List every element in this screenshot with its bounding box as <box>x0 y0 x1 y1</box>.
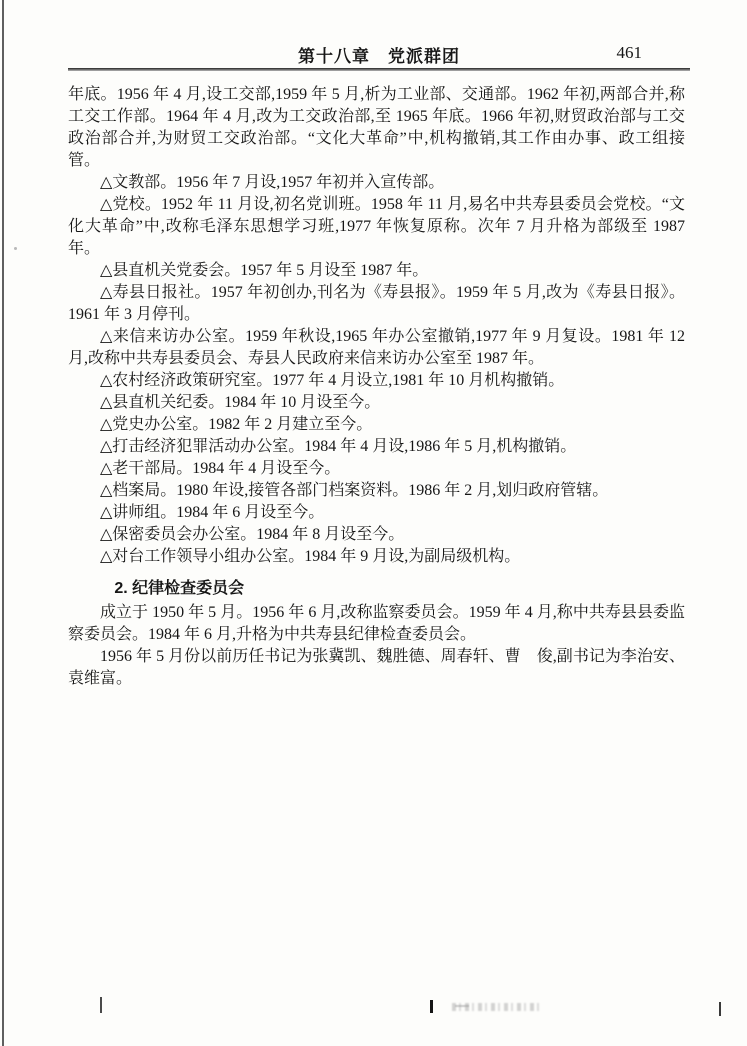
bullet-item: △寿县日报社。1957 年初创办,刊名为《寿县报》。1959 年 5 月,改为《… <box>68 282 685 326</box>
scan-smudge-artifact <box>455 1005 469 1007</box>
header-rule <box>68 68 690 71</box>
page-body-text: 年底。1956 年 4 月,设工交部,1959 年 5 月,析为工业部、交通部。… <box>68 84 685 690</box>
bullet-item: △党校。1952 年 11 月设,初名党训班。1958 年 11 月,易名中共寿… <box>68 194 685 260</box>
section-paragraph: 成立于 1950 年 5 月。1956 年 6 月,改称监察委员会。1959 年… <box>68 602 685 646</box>
bullet-item: △县直机关党委会。1957 年 5 月设至 1987 年。 <box>68 260 685 282</box>
scan-speck-artifact <box>14 247 17 250</box>
scan-edge-artifact <box>2 0 4 1046</box>
section-paragraph: 1956 年 5 月份以前历任书记为张冀凯、魏胜德、周春轩、曹 俊,副书记为李治… <box>68 646 685 690</box>
bullet-item: △对台工作领导小组办公室。1984 年 9 月设,为副局级机构。 <box>68 546 685 568</box>
bullet-item: △讲师组。1984 年 6 月设至今。 <box>68 502 685 524</box>
bullet-item: △来信来访办公室。1959 年秋设,1965 年办公室撤销,1977 年 9 月… <box>68 326 685 370</box>
bullet-item: △保密委员会办公室。1984 年 8 月设至今。 <box>68 524 685 546</box>
bullet-item: △县直机关纪委。1984 年 10 月设至今。 <box>68 392 685 414</box>
section-heading: 2. 纪律检查委员会 <box>68 578 685 600</box>
page-number: 461 <box>617 43 643 63</box>
bullet-item: △老干部局。1984 年 4 月设至今。 <box>68 458 685 480</box>
scan-tick-artifact <box>430 1000 433 1013</box>
bullet-item: △党史办公室。1982 年 2 月建立至今。 <box>68 414 685 436</box>
scan-tick-artifact <box>719 1002 721 1016</box>
scanned-document-page: 第十八章 党派群团 461 年底。1956 年 4 月,设工交部,1959 年 … <box>0 0 747 1046</box>
page-header: 第十八章 党派群团 461 <box>68 42 690 66</box>
bullet-item: △打击经济犯罪活动办公室。1984 年 4 月设,1986 年 5 月,机构撤销… <box>68 436 685 458</box>
bullet-item: △文教部。1956 年 7 月设,1957 年初并入宣传部。 <box>68 172 685 194</box>
bullet-item: △档案局。1980 年设,接管各部门档案资料。1986 年 2 月,划归政府管辖… <box>68 480 685 502</box>
chapter-title: 第十八章 党派群团 <box>298 42 460 67</box>
scan-tick-artifact <box>100 997 102 1013</box>
paragraph-continuation: 年底。1956 年 4 月,设工交部,1959 年 5 月,析为工业部、交通部。… <box>68 84 685 172</box>
bullet-item: △农村经济政策研究室。1977 年 4 月设立,1981 年 10 月机构撤销。 <box>68 370 685 392</box>
